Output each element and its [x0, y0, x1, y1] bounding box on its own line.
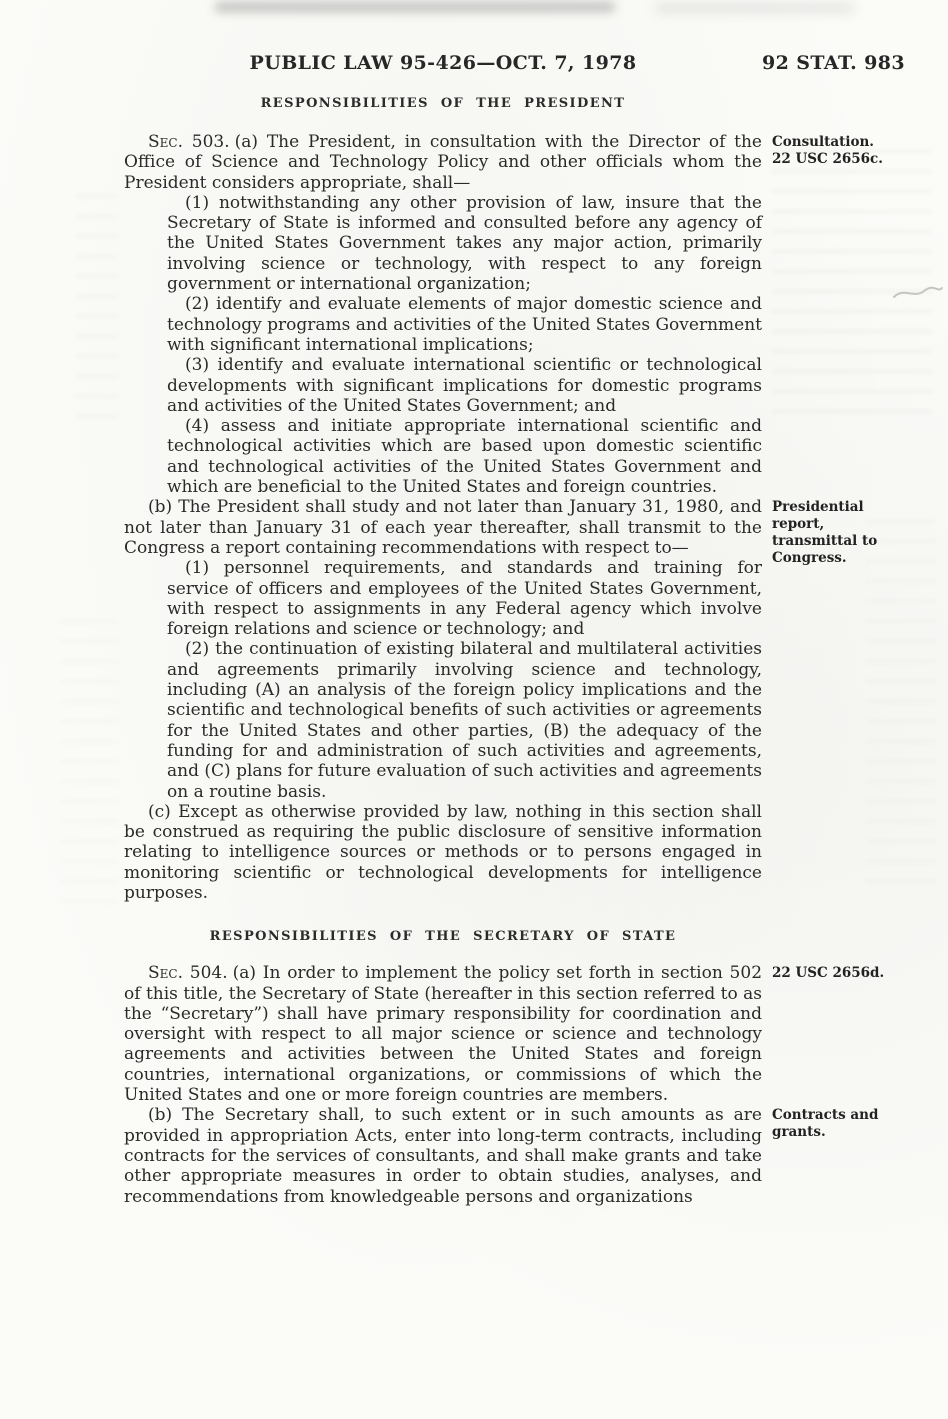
paragraph-503-b-2: (2) the continuation of existing bilater…	[167, 639, 762, 801]
paragraph-503-c: (c) Except as otherwise provided by law,…	[124, 802, 762, 903]
stat-citation: 92 STAT. 983	[762, 52, 905, 74]
bleed-through-artifact	[76, 195, 118, 435]
paragraph-text: (2) identify and evaluate elements of ma…	[167, 294, 762, 355]
scan-smudge-top-right	[655, 4, 855, 12]
section-responsibilities-of-the-president: RESPONSIBILITIES OF THE PRESIDENT Sec. 5…	[124, 96, 762, 903]
section-heading: RESPONSIBILITIES OF THE SECRETARY OF STA…	[124, 929, 762, 944]
paragraph-503-a-4: (4) assess and initiate appropriate inte…	[167, 416, 762, 497]
paragraph-text: (a) In order to implement the policy set…	[124, 963, 762, 1105]
paragraph-text: (1) personnel requirements, and standard…	[167, 558, 762, 639]
document-body: RESPONSIBILITIES OF THE PRESIDENT Sec. 5…	[124, 96, 762, 1207]
paragraph-503-b-1: (1) personnel requirements, and standard…	[167, 558, 762, 639]
bleed-through-artifact	[60, 620, 118, 910]
margin-note-line: Presidential report, transmittal to Cong…	[772, 499, 896, 567]
paragraph-sec-504-a: Sec. 504.(a) In order to implement the p…	[124, 963, 762, 1105]
paragraph-503-b: (b) The President shall study and not la…	[124, 497, 762, 558]
paragraph-text: (4) assess and initiate appropriate inte…	[167, 416, 762, 497]
paragraph-503-a-3: (3) identify and evaluate international …	[167, 355, 762, 416]
margin-note-line: Consultation.	[772, 134, 896, 151]
margin-note-contracts-grants: Contracts and grants.	[772, 1107, 896, 1141]
margin-note-usc-2656d: 22 USC 2656d.	[772, 965, 896, 982]
document-page: PUBLIC LAW 95-426—OCT. 7, 1978 92 STAT. …	[0, 0, 948, 1419]
paragraph-text: (b) The Secretary shall, to such extent …	[124, 1105, 762, 1206]
page-header: PUBLIC LAW 95-426—OCT. 7, 1978 92 STAT. …	[124, 52, 905, 78]
pencil-mark-icon	[892, 281, 944, 307]
paragraph-sec-503-a: Sec. 503.(a) The President, in consultat…	[124, 132, 762, 193]
margin-note-presidential-report: Presidential report, transmittal to Cong…	[772, 499, 896, 567]
paragraph-503-a-1: (1) notwithstanding any other provision …	[167, 193, 762, 294]
margin-note-line: 22 USC 2656c.	[772, 151, 896, 168]
paragraph-text: (c) Except as otherwise provided by law,…	[124, 802, 762, 903]
bleed-through-artifact	[866, 520, 936, 900]
paragraph-text: (2) the continuation of existing bilater…	[167, 639, 762, 801]
section-heading: RESPONSIBILITIES OF THE PRESIDENT	[124, 96, 762, 111]
margin-note-consultation: Consultation. 22 USC 2656c.	[772, 134, 896, 168]
margin-note-line: Contracts and grants.	[772, 1107, 896, 1141]
paragraph-504-b: (b) The Secretary shall, to such extent …	[124, 1105, 762, 1206]
paragraph-text: (3) identify and evaluate international …	[167, 355, 762, 416]
paragraph-text: (b) The President shall study and not la…	[124, 497, 762, 558]
section-number: Sec. 503.	[148, 132, 235, 152]
law-title: PUBLIC LAW 95-426—OCT. 7, 1978	[124, 52, 762, 74]
paragraph-text: (1) notwithstanding any other provision …	[167, 193, 762, 294]
margin-note-line: 22 USC 2656d.	[772, 965, 896, 982]
section-number: Sec. 504.	[148, 963, 233, 983]
scan-smudge-top	[215, 2, 615, 12]
paragraph-503-a-2: (2) identify and evaluate elements of ma…	[167, 294, 762, 355]
section-responsibilities-of-the-secretary-of-state: RESPONSIBILITIES OF THE SECRETARY OF STA…	[124, 929, 762, 1207]
